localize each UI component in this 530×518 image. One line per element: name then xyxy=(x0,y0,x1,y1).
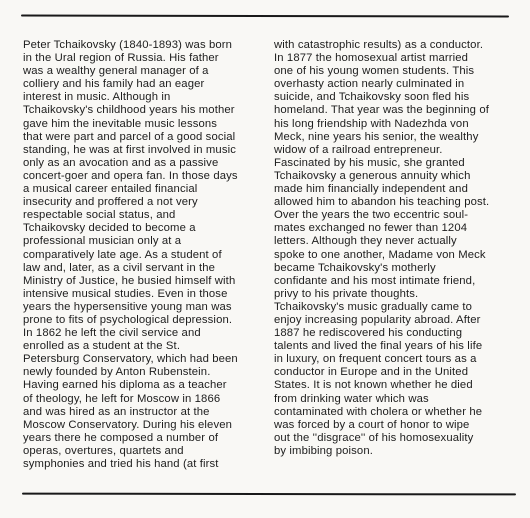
liner-notes-page: Peter Tchaikovsky (1840-1893) was born i… xyxy=(0,0,530,518)
right-text-column: with catastrophic results) as a conducto… xyxy=(274,39,514,471)
left-text-column: Peter Tchaikovsky (1840-1893) was born i… xyxy=(23,39,263,471)
top-rule xyxy=(21,14,509,17)
text-columns: Peter Tchaikovsky (1840-1893) was born i… xyxy=(23,39,514,471)
bottom-rule xyxy=(22,493,516,496)
